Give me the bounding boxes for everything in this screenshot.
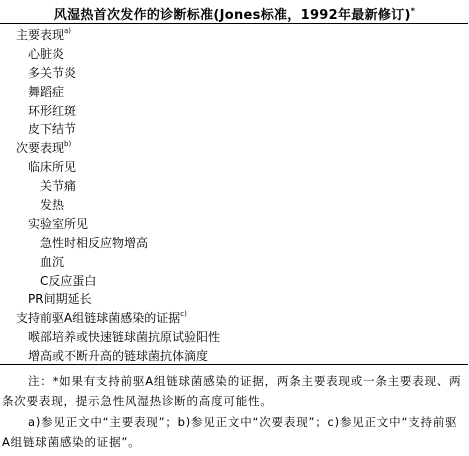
footnote-ref: b) [64, 140, 71, 148]
table-note: 注：*如果有支持前驱A组链球菌感染的证据，两条主要表现或一条主要表现、两条次要表… [2, 371, 464, 411]
list-subitem: 关节痛 [0, 177, 469, 196]
top-rule [0, 23, 468, 24]
section-label: 支持前驱A组链球菌感染的证据 [16, 311, 180, 325]
list-item: 心脏炎 [0, 45, 469, 64]
list-item: 实验室所见 [0, 215, 469, 234]
list-item: 临床所见 [0, 158, 469, 177]
list-subitem: 发热 [0, 196, 469, 215]
list-item: 环形红斑 [0, 102, 469, 121]
section-label: 主要表现 [16, 28, 64, 42]
section-minor: 次要表现b) [0, 139, 469, 158]
title-footnote-marker: * [411, 7, 415, 16]
list-subitem: C反应蛋白 [0, 272, 469, 291]
table-title: 风湿热首次发作的诊断标准(Jones标准，1992年最新修订)* [0, 4, 469, 23]
footnote-ref: c) [180, 310, 187, 318]
section-major: 主要表现a) [0, 26, 469, 45]
list-item: 皮下结节 [0, 120, 469, 139]
list-item: 多关节炎 [0, 64, 469, 83]
criteria-list: 主要表现a) 心脏炎 多关节炎 舞蹈症 环形红斑 皮下结节 次要表现b) 临床所… [0, 26, 469, 366]
table-title-text: 风湿热首次发作的诊断标准(Jones标准，1992年最新修订) [54, 8, 411, 23]
list-subitem: 急性时相反应物增高 [0, 234, 469, 253]
list-item: 舞蹈症 [0, 83, 469, 102]
list-item: 喉部培养或快速链球菌抗原试验阳性 [0, 328, 469, 347]
footnote-ref: a) [64, 27, 71, 35]
bottom-rule [0, 364, 468, 365]
section-label: 次要表现 [16, 141, 64, 155]
list-item: PR间期延长 [0, 290, 469, 309]
footnotes: a)参见正文中“主要表现”；b)参见正文中“次要表现”；c)参见正文中“支持前驱… [2, 412, 464, 452]
section-strep-evidence: 支持前驱A组链球菌感染的证据c) [0, 309, 469, 328]
list-subitem: 血沉 [0, 253, 469, 272]
